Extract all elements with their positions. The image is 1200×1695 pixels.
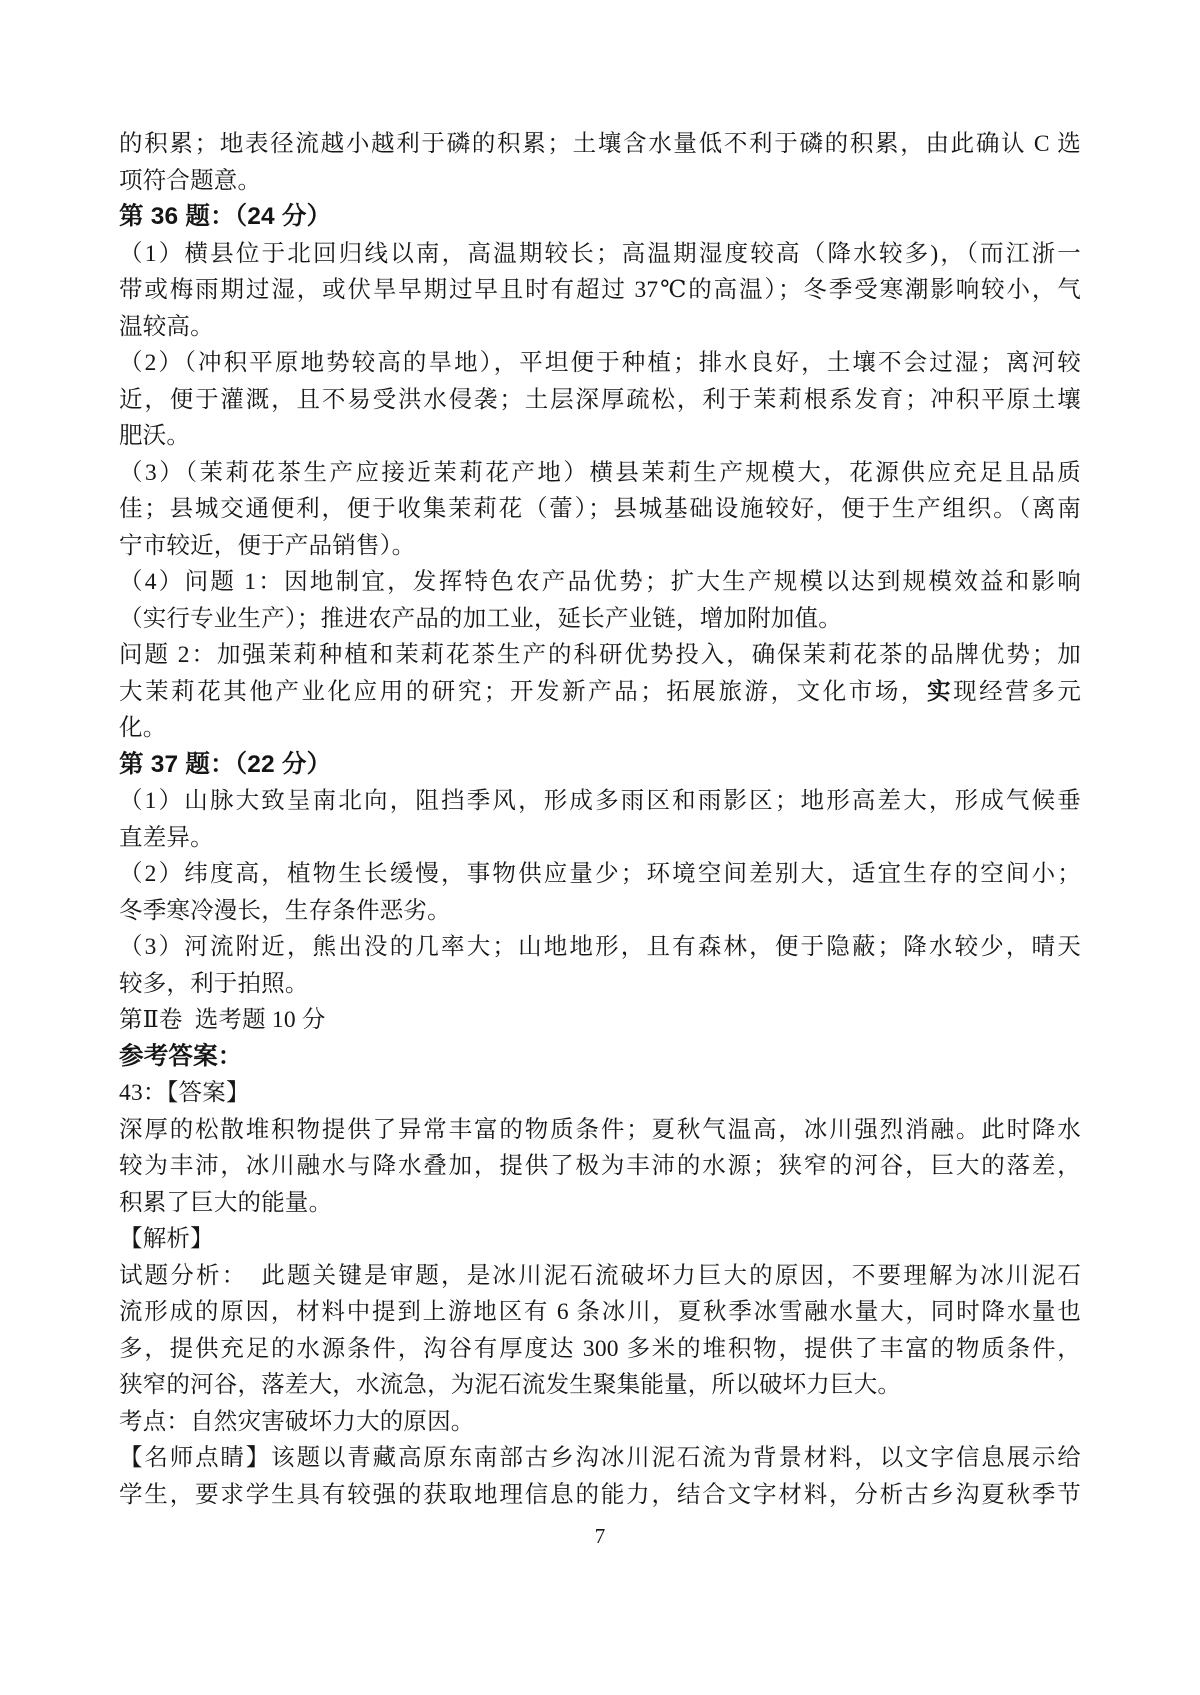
text-line: 宁市较近，便于产品销售）。 <box>119 528 1081 565</box>
text-line: 多，提供充足的水源条件，沟谷有厚度达 300 多米的堆积物，提供了丰富的物质条件… <box>119 1331 1081 1368</box>
text-line: 化。 <box>119 710 1081 747</box>
text-line: 考点：自然灾害破坏力大的原因。 <box>119 1404 1081 1441</box>
page-number: 7 <box>0 1521 1200 1551</box>
text-line: 积累了巨大的能量。 <box>119 1185 1081 1222</box>
bold-text-segment: 实 <box>927 679 953 705</box>
text-line: 【解析】 <box>119 1221 1081 1258</box>
text-line: 肥沃。 <box>119 418 1081 455</box>
text-line: 【名师点睛】该题以青藏高原东南部古乡沟冰川泥石流为背景材料，以文字信息展示给 <box>119 1440 1081 1477</box>
text-line: （4）问题 1：因地制宜，发挥特色农产品优势；扩大生产规模以达到规模效益和影响 <box>119 564 1081 601</box>
text-line: 第Ⅱ卷 选考题 10 分 <box>119 1002 1081 1039</box>
text-line: 近，便于灌溉，且不易受洪水侵袭；土层深厚疏松，利于茉莉根系发育；冲积平原土壤 <box>119 382 1081 419</box>
text-line: （2）（冲积平原地势较高的旱地），平坦便于种植；排水良好，土壤不会过湿；离河较 <box>119 345 1081 382</box>
text-line: 大茉莉花其他产业化应用的研究；开发新产品；拓展旅游，文化市场，实现经营多元 <box>119 674 1081 711</box>
section-heading: 第 37 题：（22 分） <box>119 747 1081 784</box>
document-page: { "page": { "number": "7", "background":… <box>0 0 1200 1695</box>
section-heading: 第 36 题：（24 分） <box>119 199 1081 236</box>
text-line: 直差异。 <box>119 820 1081 857</box>
text-line: 试题分析： 此题关键是审题，是冰川泥石流破坏力巨大的原因，不要理解为冰川泥石 <box>119 1258 1081 1295</box>
text-line: （实行专业生产）；推进农产品的加工业，延长产业链，增加附加值。 <box>119 601 1081 638</box>
text-line: 带或梅雨期过湿，或伏旱早期过早且时有超过 37℃的高温）；冬季受寒潮影响较小，气 <box>119 272 1081 309</box>
text-line: 狭窄的河谷，落差大，水流急，为泥石流发生聚集能量，所以破坏力巨大。 <box>119 1367 1081 1404</box>
text-line: 学生，要求学生具有较强的获取地理信息的能力，结合文字材料，分析古乡沟夏秋季节 <box>119 1477 1081 1514</box>
text-line: （3）河流附近，熊出没的几率大；山地地形，且有森林，便于隐蔽；降水较少，晴天 <box>119 929 1081 966</box>
text-line: 43：【答案】 <box>119 1075 1081 1112</box>
text-line: 问题 2：加强茉莉种植和茉莉花茶生产的科研优势投入，确保茉莉花茶的品牌优势；加 <box>119 637 1081 674</box>
text-line: 温较高。 <box>119 309 1081 346</box>
text-line: （1）山脉大致呈南北向，阻挡季风，形成多雨区和雨影区；地形高差大，形成气候垂 <box>119 783 1081 820</box>
document-body: 的积累；地表径流越小越利于磷的积累；土壤含水量低不利于磷的积累，由此确认 C 选… <box>119 126 1081 1513</box>
text-line: 冬季寒冷漫长，生存条件恶劣。 <box>119 893 1081 930</box>
text-line: 的积累；地表径流越小越利于磷的积累；土壤含水量低不利于磷的积累，由此确认 C 选 <box>119 126 1081 163</box>
text-line: 流形成的原因，材料中提到上游地区有 6 条冰川，夏秋季冰雪融水量大，同时降水量也 <box>119 1294 1081 1331</box>
text-line: 较为丰沛，冰川融水与降水叠加，提供了极为丰沛的水源；狭窄的河谷，巨大的落差， <box>119 1148 1081 1185</box>
text-line: 项符合题意。 <box>119 163 1081 200</box>
text-segment: 大茉莉花其他产业化应用的研究；开发新产品；拓展旅游，文化市场， <box>119 679 927 705</box>
text-line: 深厚的松散堆积物提供了异常丰富的物质条件；夏秋气温高，冰川强烈消融。此时降水 <box>119 1112 1081 1149</box>
text-line: （3）（茉莉花茶生产应接近茉莉花产地）横县茉莉生产规模大，花源供应充足且品质 <box>119 455 1081 492</box>
text-line: 佳；县城交通便利，便于收集茉莉花（蕾）；县城基础设施较好，便于生产组织。（离南 <box>119 491 1081 528</box>
text-line: （1）横县位于北回归线以南，高温期较长；高温期湿度较高（降水较多)，（而江浙一 <box>119 236 1081 273</box>
text-line: 较多，利于拍照。 <box>119 966 1081 1003</box>
text-line: （2）纬度高，植物生长缓慢，事物供应量少；环境空间差别大，适宜生存的空间小； <box>119 856 1081 893</box>
text-segment: 现经营多元 <box>953 679 1081 705</box>
section-heading: 参考答案： <box>119 1039 1081 1076</box>
